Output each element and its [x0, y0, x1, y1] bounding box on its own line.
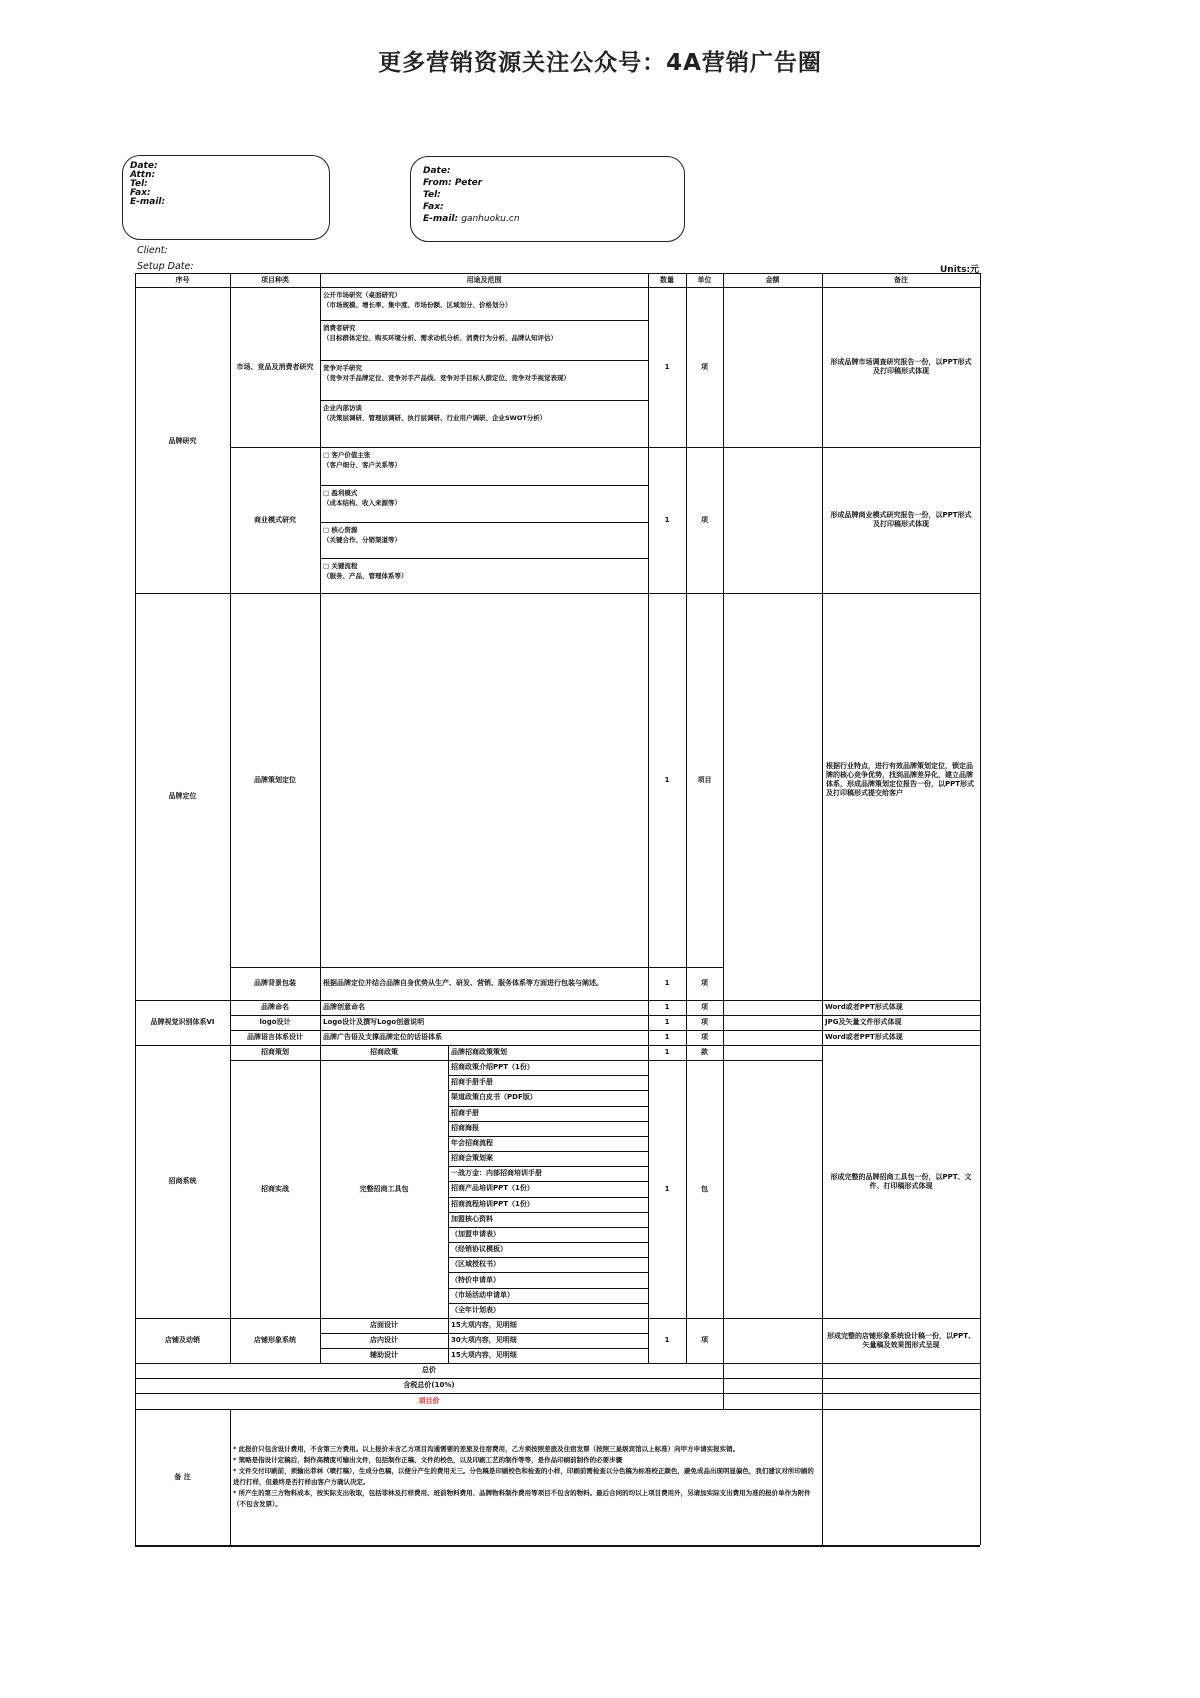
sub-type-toolkit: 完整招商工具包: [320, 1060, 448, 1318]
toolkit-item: 年会招商流程: [448, 1136, 648, 1151]
remark-line: * 策略是指设计定稿后，制作高精度可输出文件，包括制作正稿、文件的校色，以及印刷…: [233, 1455, 622, 1466]
item-detail: （客户细分、客户关系等）: [323, 460, 401, 470]
toolkit-item: 招商手册: [448, 1106, 648, 1121]
qty-cell: 1: [648, 967, 686, 1000]
qty-cell: 1: [648, 1060, 686, 1318]
scope-cell: 根据品牌定位并结合品牌自身优势从生产、研发、营销、服务体系等方面进行包装与阐述。: [320, 967, 648, 1000]
column-header: 用途及范围: [320, 273, 648, 287]
scope-item: □ 核心资源（关键合作、分销渠道等）: [320, 522, 648, 558]
scope-cell: 30大项内容，见明细: [448, 1333, 648, 1348]
table-rule: [230, 1030, 980, 1031]
table-rule: [448, 1136, 648, 1137]
unit-cell: 项: [686, 1318, 723, 1363]
table-rule: [135, 273, 980, 274]
qty-cell: 1: [648, 1015, 686, 1030]
category-brand-research: 品牌研究: [135, 287, 230, 593]
item-title: □ 盈利模式: [323, 488, 357, 498]
note-cell: 形成完整的品牌招商工具包一份，以PPT、文件、打印稿形式体现: [822, 1045, 980, 1318]
type-vi-item: 品牌命名: [230, 1000, 320, 1015]
toolkit-item: 招商产品培训PPT（1份）: [448, 1181, 648, 1196]
scope-cell: 品牌广告语及支撑品牌定位的话语体系: [320, 1030, 648, 1045]
unit-cell: 项: [686, 967, 723, 1000]
toolkit-item: （经销协议模板）: [448, 1242, 648, 1257]
qty-cell: 1: [648, 1318, 686, 1363]
table-rule: [448, 1257, 648, 1258]
amount-cell: [723, 287, 822, 447]
note-cell: Word或者PPT形式体现: [822, 1000, 980, 1015]
toolkit-item: 一战万金：内部招商培训手册: [448, 1166, 648, 1181]
table-rule: [448, 1166, 648, 1167]
unit-cell: 项目: [686, 593, 723, 967]
table-rule: [448, 1212, 648, 1213]
qty-cell: 1: [648, 287, 686, 447]
item-title: 企业内部访谈: [323, 403, 362, 413]
unit-cell: 项: [686, 1030, 723, 1045]
scope-cell: Logo设计及撰写Logo创意说明: [320, 1015, 648, 1030]
table-rule: [448, 1242, 648, 1243]
note-cell: Word或者PPT形式体现: [822, 1030, 980, 1045]
toolkit-item: 招商政策介绍PPT（1份）: [448, 1060, 648, 1075]
table-rule: [448, 1090, 648, 1091]
amount-cell: [723, 593, 822, 1000]
table-rule: [980, 273, 981, 1545]
table-rule: [320, 558, 648, 559]
amount-cell: [723, 1015, 822, 1030]
toolkit-item: （全年计划表）: [448, 1303, 648, 1318]
sub-type-cell: 辅助设计: [320, 1348, 448, 1363]
table-rule: [135, 1393, 980, 1394]
unit-cell: 项: [686, 1015, 723, 1030]
item-title: □ 关键流程: [323, 561, 357, 571]
sub-type-cell: 招商政策: [320, 1045, 448, 1060]
remarks-label: 备 注: [135, 1409, 230, 1545]
table-rule: [822, 273, 823, 1545]
item-title: 消费者研究: [323, 323, 356, 333]
amount-cell: [723, 1318, 822, 1363]
toolkit-item: 招商会策划案: [448, 1151, 648, 1166]
category-investment: 招商系统: [135, 1045, 230, 1318]
type-brand-background: 品牌背景包装: [230, 967, 320, 1000]
remark-line: * 此报价只包含设计费用，不含第三方费用。以上报价未含乙方项目沟通需要的差旅及住…: [233, 1444, 739, 1455]
note-cell: 形成完整的店铺形象系统设计稿一份，以PPT、矢量稿及效果图形式呈现: [822, 1318, 980, 1363]
scope-cell: 15大项内容，见明细: [448, 1318, 648, 1333]
type-store-image: 店铺形象系统: [230, 1318, 320, 1363]
remark-line: * 所产生的第三方物料成本，按实际支出收取，包括菲林及打样费用、班前物料费用、品…: [233, 1488, 819, 1510]
unit-cell: 项: [686, 1000, 723, 1015]
amount-cell: [723, 1030, 822, 1045]
note-cell: 形成品牌市场调查研究报告一份，以PPT形式及打印稿形式体现: [822, 287, 980, 447]
item-title: □ 客户价值主张: [323, 450, 370, 460]
toolkit-item: 加盟核心资料: [448, 1212, 648, 1227]
item-title: 公开市场研究（桌面研究）: [323, 290, 401, 300]
project-price-label: 项目价: [135, 1393, 723, 1409]
table-rule: [448, 1318, 449, 1363]
quotation-table: 序号项目种类用途及范围数量单位金额备注品牌研究市场、竞品及消费者研究公开市场研究…: [0, 0, 1200, 1698]
table-rule: [320, 1348, 648, 1349]
type-vi-item: 品牌语言体系设计: [230, 1030, 320, 1045]
scope-item: 消费者研究（目标群体定位、购买环境分析、需求动机分析、消费行为分析、品牌认知评估…: [320, 320, 648, 360]
scope-item: □ 关键流程（服务、产品、管理体系等）: [320, 558, 648, 593]
column-header: 数量: [648, 273, 686, 287]
toolkit-item: 招商海报: [448, 1121, 648, 1136]
scope-cell: 品牌招商政策策划: [448, 1045, 648, 1060]
toolkit-item: （加盟申请表）: [448, 1227, 648, 1242]
type-investment-planning: 招商策划: [230, 1045, 320, 1060]
toolkit-item: （区域授权书）: [448, 1257, 648, 1272]
table-rule: [448, 1075, 648, 1076]
scope-item: 公开市场研究（桌面研究）（市场规模、增长率、集中度、市场份额、区域划分、价格划分…: [320, 287, 648, 320]
amount-cell: [723, 447, 822, 593]
toolkit-item: 招商手册手册: [448, 1075, 648, 1090]
amount-cell: [723, 1045, 822, 1318]
scope-item: 企业内部访谈（决策层调研、管理层调研、执行层调研、行业用户调研、企业SWOT分析…: [320, 400, 648, 447]
toolkit-item: 渠道政策白皮书（PDF版）: [448, 1090, 648, 1105]
item-title: □ 核心资源: [323, 525, 357, 535]
table-rule: [230, 273, 231, 1363]
note-cell: JPG及矢量文件形式体现: [822, 1015, 980, 1030]
table-rule: [448, 1106, 648, 1107]
table-rule: [448, 1121, 648, 1122]
table-rule: [648, 273, 649, 1363]
table-rule: [320, 485, 648, 486]
qty-cell: 1: [648, 1030, 686, 1045]
unit-cell: 项: [686, 287, 723, 447]
type-business-model: 商业模式研究: [230, 447, 320, 593]
toolkit-item: 招商流程培训PPT（1份）: [448, 1197, 648, 1212]
item-detail: （成本结构、收入来源等）: [323, 498, 401, 508]
item-detail: （关键合作、分销渠道等）: [323, 535, 401, 545]
table-rule: [320, 1333, 648, 1334]
qty-cell: 1: [648, 1000, 686, 1015]
table-rule: [448, 1181, 648, 1182]
table-rule: [448, 1045, 449, 1318]
column-header: 项目种类: [230, 273, 320, 287]
remarks-content: * 此报价只包含设计费用，不含第三方费用。以上报价未含乙方项目沟通需要的差旅及住…: [230, 1409, 822, 1545]
item-title: 竞争对手研究: [323, 363, 362, 373]
table-rule: [320, 522, 648, 523]
table-rule: [448, 1272, 648, 1273]
item-detail: （服务、产品、管理体系等）: [323, 571, 408, 581]
category-vi: 品牌视觉识别体系VI: [135, 1000, 230, 1045]
table-rule: [448, 1151, 648, 1152]
scope-cell: [320, 593, 648, 967]
qty-cell: 1: [648, 593, 686, 967]
item-detail: （市场规模、增长率、集中度、市场份额、区域划分、价格划分）: [323, 300, 512, 310]
column-header: 单位: [686, 273, 723, 287]
note-cell: 形成品牌商业模式研究报告一份，以PPT形式及打印稿形式体现: [822, 447, 980, 593]
amount-cell: [723, 1000, 822, 1015]
unit-cell: 款: [686, 1045, 723, 1060]
scope-item: □ 盈利模式（成本结构、收入来源等）: [320, 485, 648, 522]
toolkit-item: （特价申请单）: [448, 1272, 648, 1287]
type-vi-item: logo设计: [230, 1015, 320, 1030]
sub-type-cell: 店面设计: [320, 1318, 448, 1333]
category-brand-positioning: 品牌定位: [135, 593, 230, 1000]
table-rule: [320, 360, 648, 361]
table-rule: [135, 1545, 980, 1547]
type-investment-practice: 招商实战: [230, 1060, 320, 1318]
table-rule: [686, 273, 687, 1363]
type-market-research: 市场、竞品及消费者研究: [230, 287, 320, 447]
qty-cell: 1: [648, 447, 686, 593]
scope-item: □ 客户价值主张（客户细分、客户关系等）: [320, 447, 648, 485]
table-rule: [230, 1015, 980, 1016]
toolkit-item: （市场活动申请单）: [448, 1288, 648, 1303]
table-rule: [320, 400, 648, 401]
table-rule: [320, 273, 321, 1363]
column-header: 金额: [723, 273, 822, 287]
item-detail: （目标群体定位、购买环境分析、需求动机分析、消费行为分析、品牌认知评估）: [323, 333, 557, 343]
table-rule: [448, 1227, 648, 1228]
table-rule: [448, 1197, 648, 1198]
type-brand-planning: 品牌策划定位: [230, 593, 320, 967]
unit-cell: 包: [686, 1060, 723, 1318]
item-detail: （决策层调研、管理层调研、执行层调研、行业用户调研、企业SWOT分析）: [323, 413, 546, 423]
category-store: 店铺及动销: [135, 1318, 230, 1363]
note-cell: 根据行业特点，进行有效品牌策划定位，锁定品牌的核心竞争优势，找到品牌差异化，建立…: [822, 593, 980, 967]
table-rule: [135, 1378, 980, 1379]
qty-cell: 1: [648, 1045, 686, 1060]
scope-cell: 品牌创意命名: [320, 1000, 648, 1015]
column-header: 序号: [135, 273, 230, 287]
table-rule: [320, 320, 648, 321]
item-detail: （竞争对手品牌定位、竞争对手产品线、竞争对手目标人群定位、竞争对手视觉表现）: [323, 373, 570, 383]
table-rule: [448, 1288, 648, 1289]
tax-total-label: 含税总价(10%): [135, 1378, 723, 1393]
remark-line: * 文件交付印刷前，须输出菲林（喷打稿），生成分色稿，以便分产生的费用无三。分色…: [233, 1466, 819, 1488]
sub-type-cell: 店内设计: [320, 1333, 448, 1348]
total-price-label: 总价: [135, 1363, 723, 1378]
scope-item: 竞争对手研究（竞争对手品牌定位、竞争对手产品线、竞争对手目标人群定位、竞争对手视…: [320, 360, 648, 400]
table-rule: [448, 1303, 648, 1304]
scope-cell: 15大项内容，见明细: [448, 1348, 648, 1363]
table-rule: [723, 273, 724, 1409]
unit-cell: 项: [686, 447, 723, 593]
column-header: 备注: [822, 273, 980, 287]
